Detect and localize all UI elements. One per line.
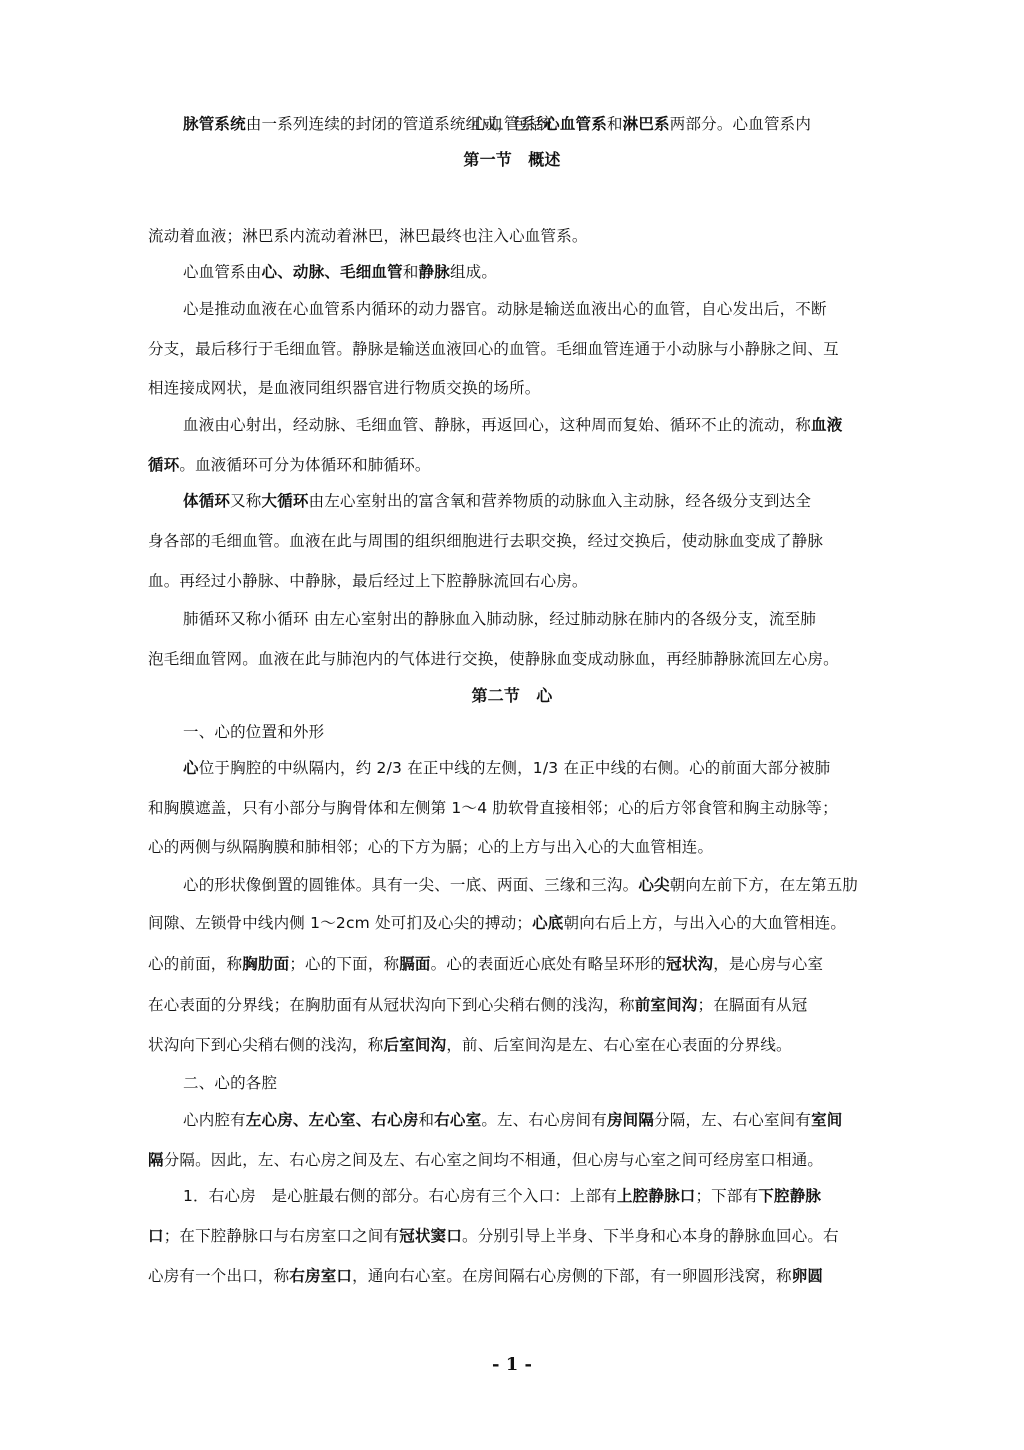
text-run: 泡毛细血管网。血液在此与肺泡内的气体进行交换，使静脉血变成动脉血，再经肺静脉流回… [148,650,839,668]
paragraph-line: 二、心的各腔 [183,1073,983,1093]
text-run: 心血管系由 [183,263,262,281]
bold-term: 心尖 [638,876,669,894]
text-run: 。左、右心房间有 [481,1111,607,1129]
text-run: 状沟向下到心尖稍右侧的浅沟，称 [148,1036,384,1054]
text-run: 分隔。因此，左、右心房之间及左、右心室之间均不相通，但心房与心室之间可经房室口相… [164,1151,823,1169]
text-run: 由左心室射出的富含氧和营养物质的动脉血入主动脉，经各级分支到达全 [309,492,811,510]
paragraph-line: 体循环又称大循环由左心室射出的富含氧和营养物质的动脉血入主动脉，经各级分支到达全 [183,491,983,511]
paragraph-line: 分支，最后移行于毛细血管。静脉是输送血液回心的血管。毛细血管连通于小动脉与小静脉… [148,339,948,359]
text-run: 和胸膜遮盖，只有小部分与胸骨体和左侧第 1～4 肋软骨直接相邻；心的后方邻食管和… [148,799,838,817]
text-run: 和 [607,115,623,133]
page-number: - 1 - [0,1354,1024,1375]
bold-term: 心 [183,759,199,777]
paragraph-line: 隔分隔。因此，左、右心房之间及左、右心室之间均不相通，但心房与心室之间可经房室口… [148,1150,948,1170]
paragraph-line: 心内腔有左心房、左心室、右心房和右心室。左、右心房间有房间隔分隔，左、右心室间有… [183,1110,983,1130]
paragraph-line: 循环。血液循环可分为体循环和肺循环。 [148,455,948,475]
text-run: 心的两侧与纵隔胸膜和肺相邻；心的下方为膈；心的上方与出入心的大血管相连。 [148,838,713,856]
text-run: 和 [403,263,419,281]
bold-term: 前室间沟 [635,996,698,1014]
paragraph-line: 状沟向下到心尖稍右侧的浅沟，称后室间沟，前、后室间沟是左、右心室在心表面的分界线… [148,1035,948,1055]
bold-term: 右心室 [434,1111,481,1129]
bold-term: 体循环 [183,492,230,510]
paragraph-line: 心的形状像倒置的圆锥体。具有一尖、一底、两面、三缘和三沟。心尖朝向左前下方，在左… [183,875,983,895]
text-run: 两部分。心血管系内 [670,115,811,133]
paragraph-line: 在心表面的分界线；在胸肋面有从冠状沟向下到心尖稍右侧的浅沟，称前室间沟；在膈面有… [148,995,948,1015]
paragraph-line: 相连接成网状，是血液同组织器官进行物质交换的场所。 [148,378,948,398]
bold-term: 隔 [148,1151,164,1169]
text-run: 心是推动血液在心血管系内循环的动力器官。动脉是输送血液出心的血管，自心发出后，不… [183,300,827,318]
text-run: 相连接成网状，是血液同组织器官进行物质交换的场所。 [148,379,541,397]
bold-term: 大循环 [262,492,309,510]
text-run: 血液由心射出，经动脉、毛细血管、静脉，再返回心，这种周而复始、循环不止的流动，称 [183,416,811,434]
bold-term: 房间隔 [607,1111,654,1129]
paragraph-line: 泡毛细血管网。血液在此与肺泡内的气体进行交换，使静脉血变成动脉血，再经肺静脉流回… [148,649,948,669]
bold-term: 血液 [811,416,842,434]
paragraph-line: 口；在下腔静脉口与右房室口之间有冠状窦口。分别引导上半身、下半身和心本身的静脉血… [148,1226,948,1246]
text-run: 二、心的各腔 [183,1074,277,1092]
text-run: ；下部有 [695,1187,758,1205]
text-run: ，是心房与心室 [713,955,823,973]
text-run: ；心的下面，称 [289,955,399,973]
paragraph-line: 心的两侧与纵隔胸膜和肺相邻；心的下方为膈；心的上方与出入心的大血管相连。 [148,837,948,857]
paragraph-line: 心血管系由心、动脉、毛细血管和静脉组成。 [183,262,983,282]
paragraph-line: 身各部的毛细血管。血液在此与周围的组织细胞进行去职交换，经过交换后，使动脉血变成… [148,531,948,551]
text-run: 间隙、左锁骨中线内侧 1～2cm 处可扪及心尖的搏动； [148,914,532,932]
text-run: 心的形状像倒置的圆锥体。具有一尖、一底、两面、三缘和三沟。 [183,876,638,894]
text-run: 。分别引导上半身、下半身和心本身的静脉血回心。右 [462,1227,839,1245]
text-run: 又称 [230,492,261,510]
text-run: 一、心的位置和外形 [183,723,324,741]
paragraph-line: 一、心的位置和外形 [183,722,983,742]
paragraph-line: 肺循环又称小循环 由左心室射出的静脉血入肺动脉，经过肺动脉在肺内的各级分支，流至… [183,609,983,629]
text-run: 流动着血液；淋巴系内流动着淋巴，淋巴最终也注入心血管系。 [148,227,588,245]
bold-term: 上腔静脉口 [617,1187,696,1205]
paragraph-line: 心位于胸腔的中纵隔内，约 2/3 在正中线的左侧，1/3 在正中线的右侧。心的前… [183,758,983,778]
paragraph-line: 血液由心射出，经动脉、毛细血管、静脉，再返回心，这种周而复始、循环不止的流动，称… [183,415,983,435]
text-run: 分支，最后移行于毛细血管。静脉是输送血液回心的血管。毛细血管连通于小动脉与小静脉… [148,340,839,358]
paragraph-line: 心的前面，称胸肋面；心的下面，称膈面。心的表面近心底处有略呈环形的冠状沟，是心房… [148,954,948,974]
paragraph-line: 血。再经过小静脉、中静脉，最后经过上下腔静脉流回右心房。 [148,571,948,591]
text-run: 心房有一个出口，称 [148,1267,289,1285]
text-run: 。心的表面近心底处有略呈环形的 [431,955,667,973]
bold-term: 左心房、左心室、右心房 [246,1111,419,1129]
paragraph-line: 脉管系统由一系列连续的封闭的管道系统组成，包括心血管系和淋巴系两部分。心血管系内 [183,114,983,134]
text-run: 位于胸腔的中纵隔内，约 2/3 在正中线的左侧，1/3 在正中线的右侧。心的前面… [199,759,831,777]
paragraph-line: 间隙、左锁骨中线内侧 1～2cm 处可扪及心尖的搏动；心底朝向右后上方，与出入心… [148,913,948,933]
text-run: 。血液循环可分为体循环和肺循环。 [179,456,430,474]
section-heading-overview: 第一节 概述 [0,150,1024,170]
text-run: 血。再经过小静脉、中静脉，最后经过上下腔静脉流回右心房。 [148,572,588,590]
bold-term: 室间 [811,1111,842,1129]
text-run: ；在膈面有从冠 [698,996,808,1014]
text-run: 身各部的毛细血管。血液在此与周围的组织细胞进行去职交换，经过交换后，使动脉血变成… [148,532,823,550]
text-run: 肺循环又称小循环 由左心室射出的静脉血入肺动脉，经过肺动脉在肺内的各级分支，流至… [183,610,816,628]
bold-term: 心底 [532,914,563,932]
text-run: 心的前面，称 [148,955,242,973]
bold-term: 后室间沟 [384,1036,447,1054]
paragraph-line: 和胸膜遮盖，只有小部分与胸骨体和左侧第 1～4 肋软骨直接相邻；心的后方邻食管和… [148,798,948,818]
paragraph-line: 流动着血液；淋巴系内流动着淋巴，淋巴最终也注入心血管系。 [148,226,948,246]
bold-term: 膈面 [399,955,430,973]
text-run: 在心表面的分界线；在胸肋面有从冠状沟向下到心尖稍右侧的浅沟，称 [148,996,635,1014]
paragraph-line: 心是推动血液在心血管系内循环的动力器官。动脉是输送血液出心的血管，自心发出后，不… [183,299,983,319]
text-run: 朝向左前下方，在左第五肋 [670,876,858,894]
bold-term: 右房室口 [289,1267,352,1285]
bold-term: 冠状沟 [666,955,713,973]
text-run: ，前、后室间沟是左、右心室在心表面的分界线。 [446,1036,791,1054]
bold-term: 循环 [148,456,179,474]
bold-term: 冠状窦口 [399,1227,462,1245]
text-run: 分隔，左、右心室间有 [654,1111,811,1129]
bold-term: 心、动脉、毛细血管 [262,263,403,281]
bold-term: 卵圆 [792,1267,823,1285]
bold-term: 口 [148,1227,164,1245]
paragraph-line: 心房有一个出口，称右房室口，通向右心室。在房间隔右心房侧的下部，有一卵圆形浅窝，… [148,1266,948,1286]
bold-term: 下腔静脉 [758,1187,821,1205]
text-run: 和 [419,1111,435,1129]
paragraph-line: 1．右心房 是心脏最右侧的部分。右心房有三个入口：上部有上腔静脉口；下部有下腔静… [183,1186,983,1206]
section-heading-heart: 第二节 心 [0,686,1024,706]
text-run: 1．右心房 是心脏最右侧的部分。右心房有三个入口：上部有 [183,1187,617,1205]
bold-term: 淋巴系 [623,115,670,133]
text-run: 由一系列连续的封闭的管道系统组成，包括 [246,115,544,133]
bold-term: 脉管系统 [183,115,246,133]
bold-term: 胸肋面 [242,955,289,973]
bold-term: 心血管系 [544,115,607,133]
text-run: ；在下腔静脉口与右房室口之间有 [164,1227,400,1245]
document-page: 心血管系统 第一节 概述 脉管系统由一系列连续的封闭的管道系统组成，包括心血管系… [0,0,1024,1450]
text-run: 心内腔有 [183,1111,246,1129]
text-run: ，通向右心室。在房间隔右心房侧的下部，有一卵圆形浅窝，称 [352,1267,792,1285]
bold-term: 静脉 [419,263,450,281]
text-run: 组成。 [450,263,497,281]
text-run: 朝向右后上方，与出入心的大血管相连。 [564,914,847,932]
